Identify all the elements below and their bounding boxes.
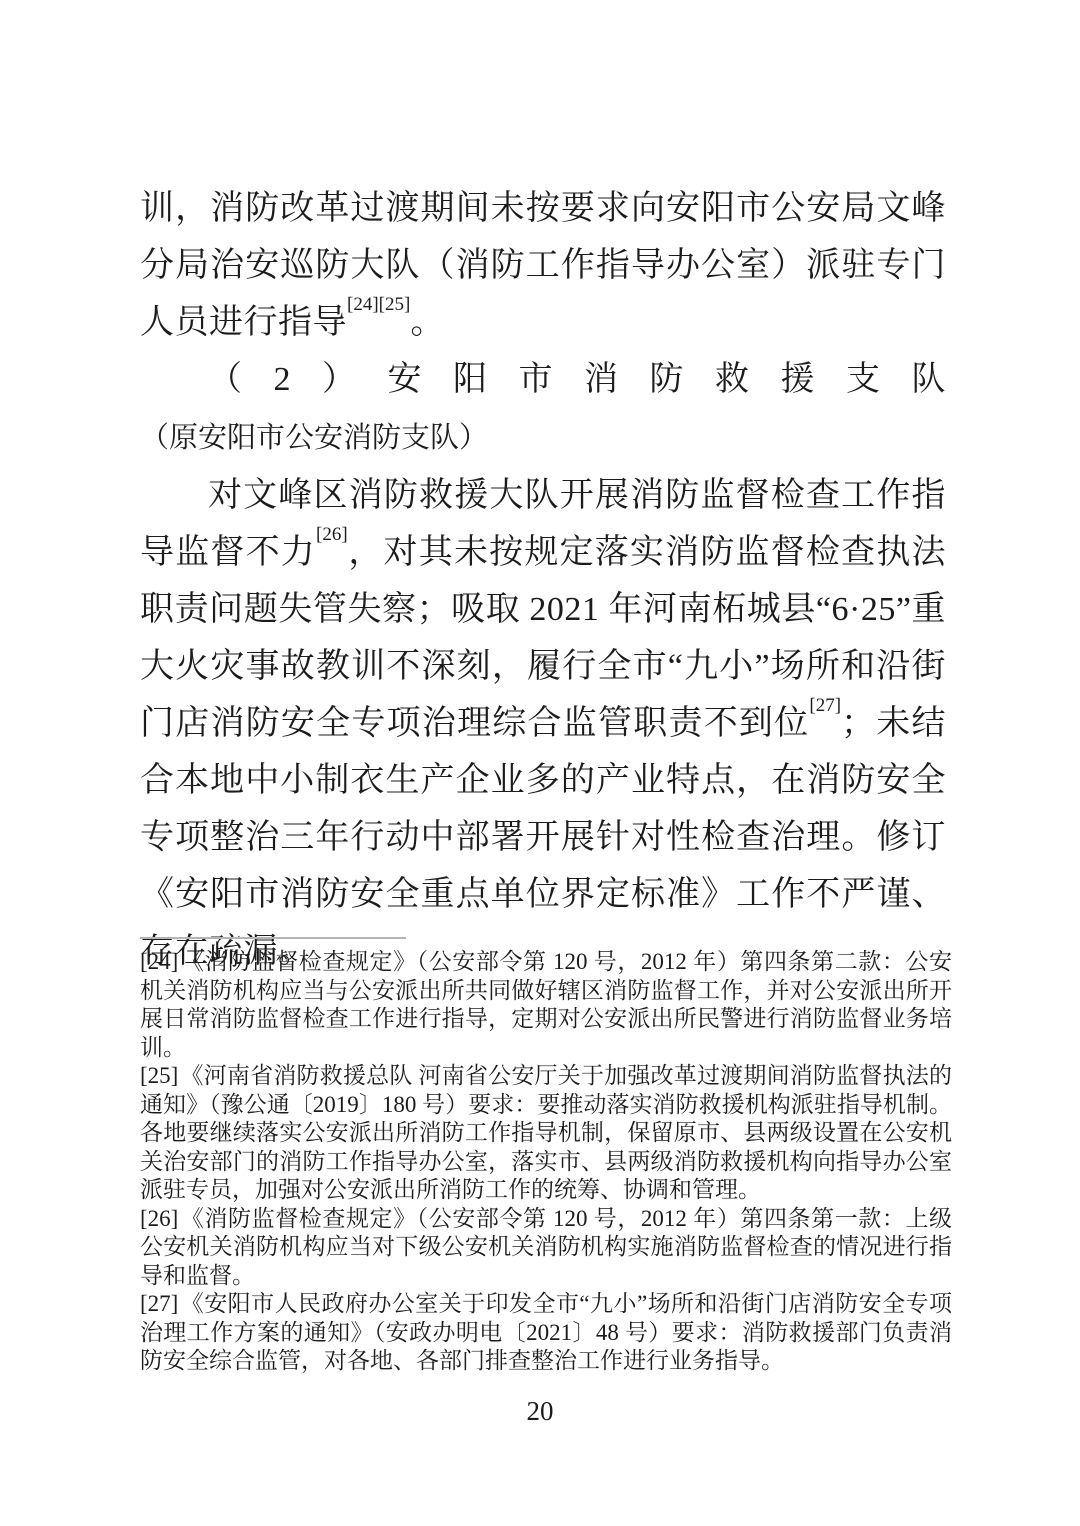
paragraph-text: 训，消防改革过渡期间未按要求向安阳市公安局文峰分局治安巡防大队（消防工作指导办公…: [140, 190, 946, 341]
footnote-text: 《安阳市人民政府办公室关于印发全市“九小”场所和沿街门店消防安全专项治理工作方案…: [140, 1291, 952, 1373]
footnote: [26]《消防监督检查规定》（公安部令第 120 号，2012 年）第四条第一款…: [140, 1205, 952, 1291]
paragraph-continuation: 训，消防改革过渡期间未按要求向安阳市公安局文峰分局治安巡防大队（消防工作指导办公…: [140, 180, 946, 351]
body-text: 训，消防改革过渡期间未按要求向安阳市公安局文峰分局治安巡防大队（消防工作指导办公…: [140, 180, 946, 980]
footnote-marker: [24]: [140, 949, 178, 974]
document-page: 训，消防改革过渡期间未按要求向安阳市公安局文峰分局治安巡防大队（消防工作指导办公…: [0, 0, 1080, 1526]
footnote-marker: [25]: [140, 1063, 178, 1088]
footnote-reference-24-25: [24][25]: [347, 294, 410, 315]
footnote: [25]《河南省消防救援总队 河南省公安厅关于加强改革过渡期间消防监督执法的通知…: [140, 1062, 952, 1205]
footnote: [27]《安阳市人民政府办公室关于印发全市“九小”场所和沿街门店消防安全专项治理…: [140, 1290, 952, 1376]
page-number: 20: [0, 1396, 1080, 1427]
footnote-text: 《消防监督检查规定》（公安部令第 120 号，2012 年）第四条第二款：公安机…: [140, 949, 952, 1060]
footnote-marker: [27]: [140, 1291, 178, 1316]
footnote-text: 《河南省消防救援总队 河南省公安厅关于加强改革过渡期间消防监督执法的通知》（豫公…: [140, 1063, 952, 1202]
section-heading: （2）安阳市消防救援支队（原安阳市公安消防支队）: [140, 351, 946, 467]
footnote: [24]《消防监督检查规定》（公安部令第 120 号，2012 年）第四条第二款…: [140, 948, 952, 1062]
footnotes-section: [24]《消防监督检查规定》（公安部令第 120 号，2012 年）第四条第二款…: [140, 948, 952, 1376]
footnote-reference-27: [27]: [809, 695, 841, 716]
paragraph-text: ；未结合本地中小制衣生产企业多的产业特点，在消防安全专项整治三年行动中部署开展针…: [140, 705, 946, 970]
paragraph: 对文峰区消防救援大队开展消防监督检查工作指导监督不力[26]，对其未按规定落实消…: [140, 467, 946, 980]
footnote-text: 《消防监督检查规定》（公安部令第 120 号，2012 年）第四条第一款：上级公…: [140, 1206, 952, 1288]
footnote-separator: [140, 937, 406, 939]
section-heading-text: （2）安阳市消防救援支队: [208, 361, 946, 398]
paragraph-text: 。: [410, 304, 445, 341]
footnote-marker: [26]: [140, 1206, 178, 1231]
footnote-reference-26: [26]: [316, 524, 348, 545]
section-heading-paren: （原安阳市公安消防支队）: [140, 422, 488, 454]
